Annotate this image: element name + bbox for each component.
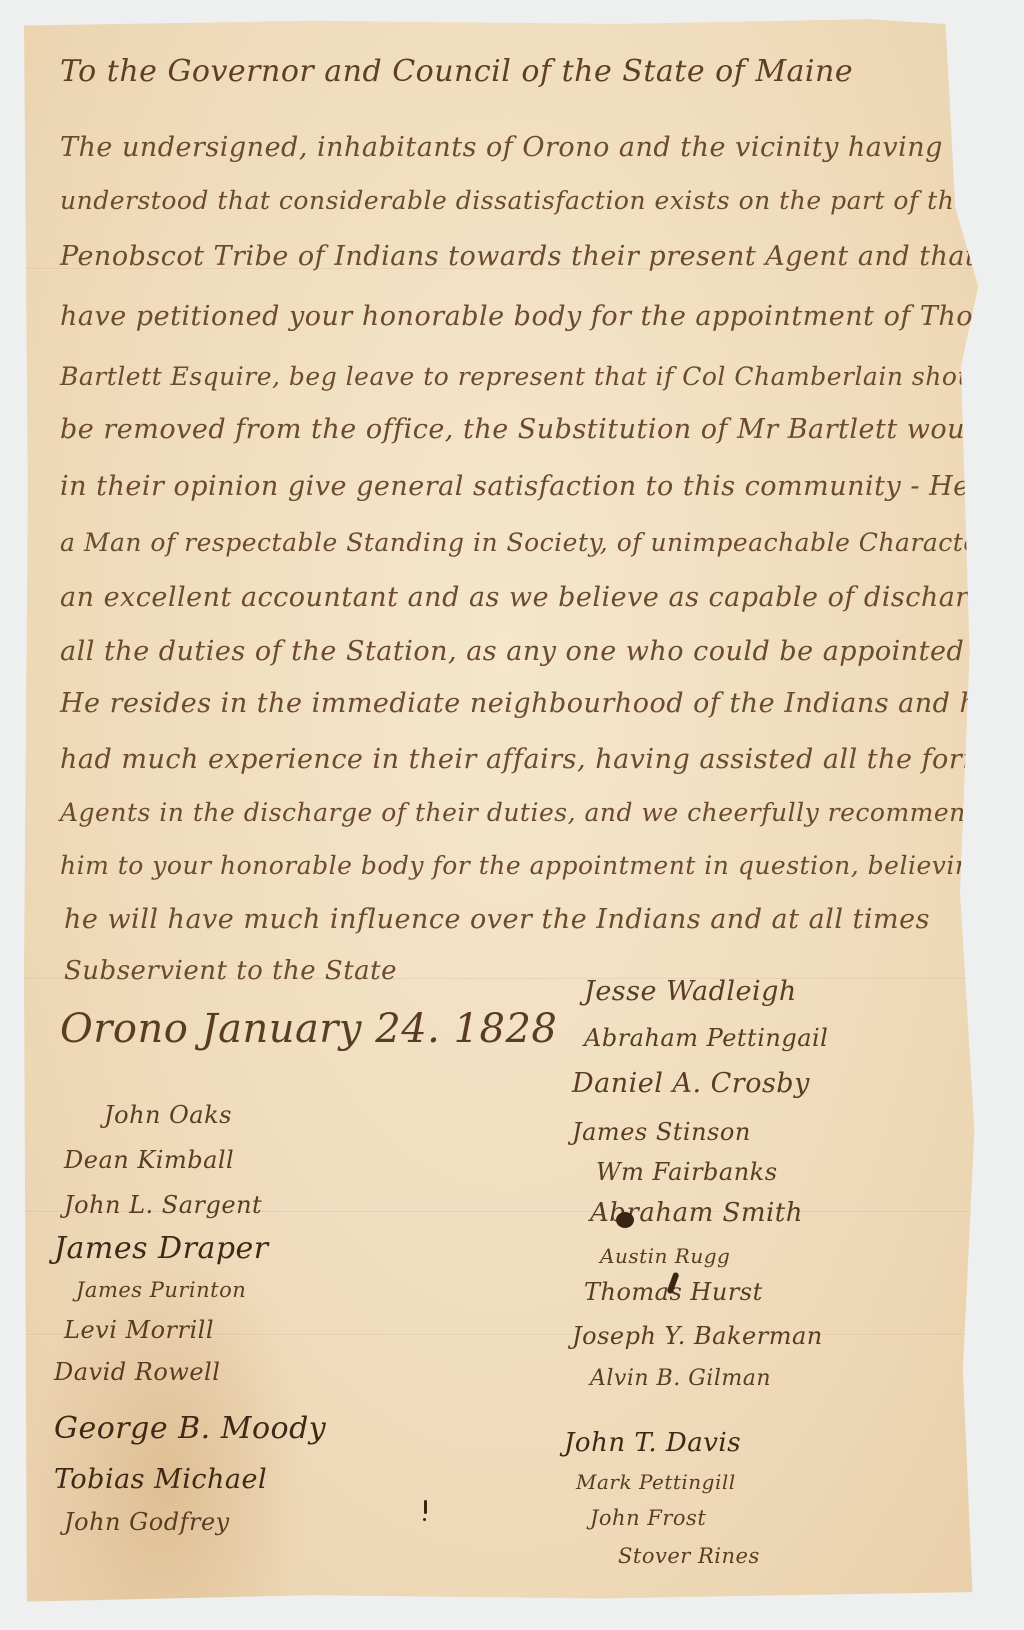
- signature: Abraham Pettingail: [584, 1024, 828, 1052]
- body-line: understood that considerable dissatisfac…: [60, 186, 970, 215]
- signature: John L. Sargent: [64, 1191, 262, 1219]
- signature: James Stinson: [572, 1118, 751, 1146]
- signature: Wm Fairbanks: [596, 1158, 778, 1186]
- body-line: The undersigned, inhabitants of Orono an…: [60, 132, 943, 163]
- body-line: Bartlett Esquire, beg leave to represent…: [60, 362, 999, 391]
- signature: John Frost: [590, 1506, 706, 1530]
- body-line: Agents in the discharge of their duties,…: [60, 798, 982, 827]
- signature: Jesse Wadleigh: [584, 976, 797, 1007]
- petition-heading: To the Governor and Council of the State…: [60, 54, 853, 89]
- body-line: be removed from the office, the Substitu…: [60, 414, 992, 445]
- body-line: in their opinion give general satisfacti…: [60, 471, 1002, 502]
- body-line: a Man of respectable Standing in Society…: [60, 528, 991, 557]
- signature: Stover Rines: [618, 1544, 760, 1568]
- ink-blot: [616, 1212, 634, 1228]
- signature: Joseph Y. Bakerman: [572, 1322, 823, 1350]
- signature: David Rowell: [54, 1358, 220, 1386]
- body-line: him to your honorable body for the appoi…: [60, 851, 988, 880]
- signature: Levi Morrill: [64, 1316, 214, 1344]
- signature: John Oaks: [104, 1101, 232, 1129]
- petition-page: To the Governor and Council of the State…: [24, 16, 984, 1608]
- signature: Dean Kimball: [64, 1146, 234, 1174]
- signature: Tobias Michael: [54, 1464, 267, 1495]
- ink-mark: [424, 1500, 427, 1514]
- body-line: an excellent accountant and as we believ…: [60, 582, 1024, 613]
- body-line: have petitioned your honorable body for …: [60, 301, 1024, 332]
- body-line: Subservient to the State: [64, 956, 397, 986]
- signature: James Purinton: [76, 1278, 246, 1302]
- signature: John T. Davis: [564, 1428, 741, 1458]
- body-line: He resides in the immediate neighbourhoo…: [60, 688, 1008, 719]
- body-line: all the duties of the Station, as any on…: [60, 636, 964, 667]
- signature: George B. Moody: [54, 1411, 326, 1446]
- signature: Mark Pettingill: [576, 1470, 736, 1494]
- signature: Austin Rugg: [600, 1244, 730, 1268]
- body-line: had much experience in their affairs, ha…: [60, 744, 1018, 775]
- signature: James Draper: [54, 1231, 269, 1266]
- signature: Alvin B. Gilman: [590, 1366, 771, 1391]
- body-line: Penobscot Tribe of Indians towards their…: [60, 241, 1024, 272]
- signature: Daniel A. Crosby: [572, 1068, 810, 1099]
- dateline: Orono January 24. 1828: [60, 1006, 557, 1052]
- body-line: he will have much influence over the Ind…: [64, 904, 930, 935]
- signature: John Godfrey: [64, 1508, 230, 1536]
- ink-mark: [423, 1518, 426, 1521]
